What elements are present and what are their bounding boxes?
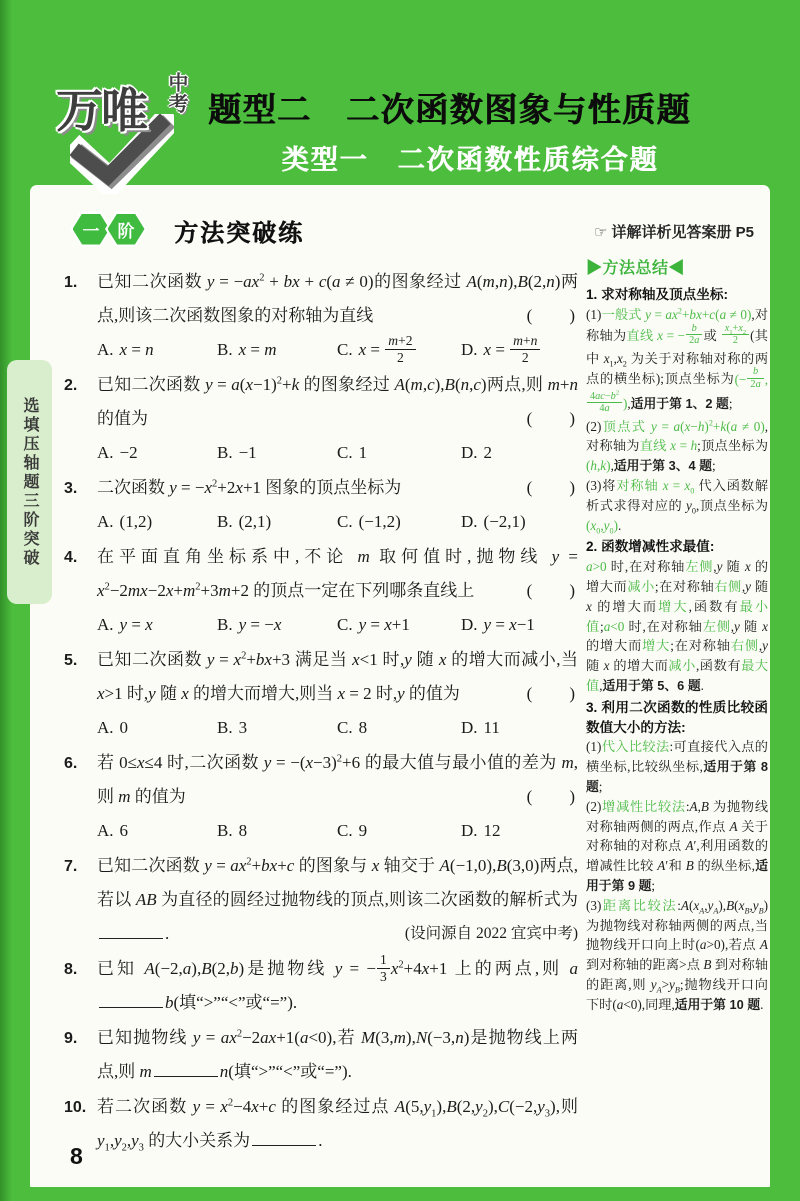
problem-content: 已知 A(−2,a),B(2,b)是抛物线 y = −13x2+4x+1 上的两… xyxy=(97,952,578,1020)
page-number: 8 xyxy=(70,1143,83,1170)
problem-content: 二次函数 y = −x2+2x+1 图象的顶点坐标为( ) A.(1,2)B.(… xyxy=(97,471,578,539)
problem-number: 9. xyxy=(64,1021,97,1089)
choice-option-a: A.x = n xyxy=(97,333,217,367)
brand-logo: 万唯 中考 xyxy=(56,70,211,188)
choice-option-b: B.x = m xyxy=(217,333,337,367)
choice-option-d: D.(−2,1) xyxy=(461,505,578,539)
choice-option-d: D.x = m+n2 xyxy=(461,333,578,367)
choice-option-c: C.y = x+1 xyxy=(337,608,461,642)
choice-option-d: D.12 xyxy=(461,814,578,848)
choice-option-a: A.y = x xyxy=(97,608,217,642)
answer-blank xyxy=(154,1063,218,1077)
problem-content: 若 0≤x≤4 时,二次函数 y = −(x−3)2+6 的最大值与最小值的差为… xyxy=(97,746,578,848)
problem-body: 在平面直角坐标系中,不论 m 取何值时,抛物线 y = x2−2mx−2x+m2… xyxy=(97,540,578,608)
answer-blank xyxy=(252,1132,316,1146)
problem-body: 若二次函数 y = x2−4x+c 的图象经过点 A(5,y1),B(2,y2)… xyxy=(97,1090,578,1158)
problem-item: 8. 已知 A(−2,a),B(2,b)是抛物线 y = −13x2+4x+1 … xyxy=(64,952,578,1020)
answer-bracket: ( ) xyxy=(527,780,576,814)
side-tab-label: 选填压轴题三阶突破 xyxy=(18,397,41,568)
problem-number: 1. xyxy=(64,265,97,367)
choice-option-c: C.8 xyxy=(337,711,461,745)
problem-number: 4. xyxy=(64,540,97,642)
choice-option-b: B.−1 xyxy=(217,436,337,470)
source-note: (设问源自 2022 宜宾中考) xyxy=(405,917,578,951)
choice-option-d: D.y = x−1 xyxy=(461,608,578,642)
answer-bracket: ( ) xyxy=(527,471,576,505)
summary-block: 3. 利用二次函数的性质比较函数值大小的方法: xyxy=(586,698,768,738)
problem-item: 5. 已知二次函数 y = x2+bx+3 满足当 x<1 时,y 随 x 的增… xyxy=(64,643,578,745)
choice-option-b: B.(2,1) xyxy=(217,505,337,539)
answer-reference-label: 详解详析见答案册 P5 xyxy=(611,224,754,241)
problem-body: 已知二次函数 y = −ax2 + bx + c(a ≠ 0)的图象经过 A(m… xyxy=(97,265,578,333)
problem-content: 已知二次函数 y = x2+bx+3 满足当 x<1 时,y 随 x 的增大而减… xyxy=(97,643,578,745)
summary-panel: ▶方法总结◀ 1. 求对称轴及顶点坐标:(1)一般式 y = ax2+bx+c(… xyxy=(586,255,768,1014)
problem-content: 若二次函数 y = x2−4x+c 的图象经过点 A(5,y1),B(2,y2)… xyxy=(97,1090,578,1158)
problem-content: 已知抛物线 y = ax2−2ax+1(a<0),若 M(3,m),N(−3,n… xyxy=(97,1021,578,1089)
logo-text-main: 万唯 xyxy=(56,74,146,141)
answer-blank xyxy=(99,994,163,1008)
problem-body: 已知 A(−2,a),B(2,b)是抛物线 y = −13x2+4x+1 上的两… xyxy=(97,952,578,1020)
choice-option-a: A.6 xyxy=(97,814,217,848)
summary-block: 2. 函数增减性求最值: xyxy=(586,537,768,557)
problem-body: 已知二次函数 y = a(x−1)2+k 的图象经过 A(m,c),B(n,c)… xyxy=(97,368,578,436)
choice-option-c: C.1 xyxy=(337,436,461,470)
answer-bracket: ( ) xyxy=(527,677,576,711)
choice-option-b: B.y = −x xyxy=(217,608,337,642)
problem-content: 在平面直角坐标系中,不论 m 取何值时,抛物线 y = x2−2mx−2x+m2… xyxy=(97,540,578,642)
problem-body: 已知二次函数 y = x2+bx+3 满足当 x<1 时,y 随 x 的增大而减… xyxy=(97,643,578,711)
choice-row: A.6B.8C.9D.12 xyxy=(97,814,578,848)
summary-block: (2)顶点式 y = a(x−h)2+k(a ≠ 0),对称轴为直线 x = h… xyxy=(586,417,768,476)
stage-badge: 一 阶 xyxy=(70,211,147,247)
problem-item: 2. 已知二次函数 y = a(x−1)2+k 的图象经过 A(m,c),B(n… xyxy=(64,368,578,470)
page-background: { "colors":{"page_green":"#4cbd3c","badg… xyxy=(0,0,800,1201)
problem-body: 二次函数 y = −x2+2x+1 图象的顶点坐标为( ) xyxy=(97,471,578,505)
choice-row: A.0B.3C.8D.11 xyxy=(97,711,578,745)
problem-number: 8. xyxy=(64,952,97,1020)
summary-title: ▶方法总结◀ xyxy=(586,255,768,278)
choice-option-d: D.2 xyxy=(461,436,578,470)
problem-number: 2. xyxy=(64,368,97,470)
section-head: 一 阶 方法突破练 ☞详解详析见答案册 P5 xyxy=(70,209,756,251)
problems-list: 1. 已知二次函数 y = −ax2 + bx + c(a ≠ 0)的图象经过 … xyxy=(64,265,578,1159)
summary-block: (2)增减性比较法:A,B 为抛物线对称轴两侧的两点,作点 A 关于对称轴的对称… xyxy=(586,797,768,896)
choice-option-c: C.x = m+22 xyxy=(337,333,461,367)
choice-option-b: B.3 xyxy=(217,711,337,745)
logo-text-sub: 中考 xyxy=(162,72,191,114)
choice-option-d: D.11 xyxy=(461,711,578,745)
choice-row: A.−2B.−1C.1D.2 xyxy=(97,436,578,470)
choice-option-a: A.(1,2) xyxy=(97,505,217,539)
problem-number: 7. xyxy=(64,849,97,951)
content-sheet: 一 阶 方法突破练 ☞详解详析见答案册 P5 1. 已知二次函数 y = −ax… xyxy=(30,185,770,1187)
problem-content: 已知二次函数 y = −ax2 + bx + c(a ≠ 0)的图象经过 A(m… xyxy=(97,265,578,367)
summary-block: (1)一般式 y = ax2+bx+c(a ≠ 0),对称轴为直线 x = −b… xyxy=(586,305,768,417)
answer-reference: ☞详解详析见答案册 P5 xyxy=(594,221,754,242)
problem-item: 7. 已知二次函数 y = ax2+bx+c 的图象与 x 轴交于 A(−1,0… xyxy=(64,849,578,951)
problem-body: 若 0≤x≤4 时,二次函数 y = −(x−3)2+6 的最大值与最小值的差为… xyxy=(97,746,578,814)
section-heading: 方法突破练 xyxy=(174,213,304,248)
problem-item: 4. 在平面直角坐标系中,不论 m 取何值时,抛物线 y = x2−2mx−2x… xyxy=(64,540,578,642)
problem-item: 3. 二次函数 y = −x2+2x+1 图象的顶点坐标为( ) A.(1,2)… xyxy=(64,471,578,539)
problem-item: 9. 已知抛物线 y = ax2−2ax+1(a<0),若 M(3,m),N(−… xyxy=(64,1021,578,1089)
problem-number: 5. xyxy=(64,643,97,745)
problem-body: 已知抛物线 y = ax2−2ax+1(a<0),若 M(3,m),N(−3,n… xyxy=(97,1021,578,1089)
choice-row: A.(1,2)B.(2,1)C.(−1,2)D.(−2,1) xyxy=(97,505,578,539)
problem-content: 已知二次函数 y = a(x−1)2+k 的图象经过 A(m,c),B(n,c)… xyxy=(97,368,578,470)
choice-row: A.y = xB.y = −xC.y = x+1D.y = x−1 xyxy=(97,608,578,642)
problem-number: 6. xyxy=(64,746,97,848)
summary-blocks: 1. 求对称轴及顶点坐标:(1)一般式 y = ax2+bx+c(a ≠ 0),… xyxy=(586,285,768,1014)
problem-item: 10. 若二次函数 y = x2−4x+c 的图象经过点 A(5,y1),B(2… xyxy=(64,1090,578,1158)
choice-option-c: C.(−1,2) xyxy=(337,505,461,539)
summary-block: (1)代入比较法:可直接代入点的横坐标,比较纵坐标,适用于第 8 题; xyxy=(586,737,768,796)
page-title: 题型二 二次函数图象与性质题 xyxy=(208,84,691,131)
choice-option-a: A.−2 xyxy=(97,436,217,470)
answer-bracket: ( ) xyxy=(527,574,576,608)
page-subtitle: 类型一 二次函数性质综合题 xyxy=(225,138,715,177)
summary-block: a>0 时,在对称轴左侧,y 随 x 的增大而减小;在对称轴右侧,y 随 x 的… xyxy=(586,557,768,696)
choice-option-c: C.9 xyxy=(337,814,461,848)
choice-option-a: A.0 xyxy=(97,711,217,745)
answer-bracket: ( ) xyxy=(527,299,576,333)
side-tab: 选填压轴题三阶突破 xyxy=(7,360,52,604)
pointer-icon: ☞ xyxy=(594,224,607,241)
summary-block: (3)距离比较法:A(xA,yA),B(xB,yB)为抛物线对称轴两侧的两点,当… xyxy=(586,896,768,1015)
answer-bracket: ( ) xyxy=(527,402,576,436)
problem-item: 6. 若 0≤x≤4 时,二次函数 y = −(x−3)2+6 的最大值与最小值… xyxy=(64,746,578,848)
summary-block: 1. 求对称轴及顶点坐标: xyxy=(586,285,768,305)
problem-content: 已知二次函数 y = ax2+bx+c 的图象与 x 轴交于 A(−1,0),B… xyxy=(97,849,578,951)
summary-block: (3)将对称轴 x = x0 代入函数解析式求得对应的 y0,顶点坐标为(x0,… xyxy=(586,476,768,535)
answer-blank xyxy=(99,925,163,939)
choice-row: A.x = nB.x = mC.x = m+22D.x = m+n2 xyxy=(97,333,578,367)
choice-option-b: B.8 xyxy=(217,814,337,848)
badge-hexagon-2: 阶 xyxy=(105,211,147,247)
problem-item: 1. 已知二次函数 y = −ax2 + bx + c(a ≠ 0)的图象经过 … xyxy=(64,265,578,367)
problem-number: 3. xyxy=(64,471,97,539)
problem-body: 已知二次函数 y = ax2+bx+c 的图象与 x 轴交于 A(−1,0),B… xyxy=(97,849,578,951)
